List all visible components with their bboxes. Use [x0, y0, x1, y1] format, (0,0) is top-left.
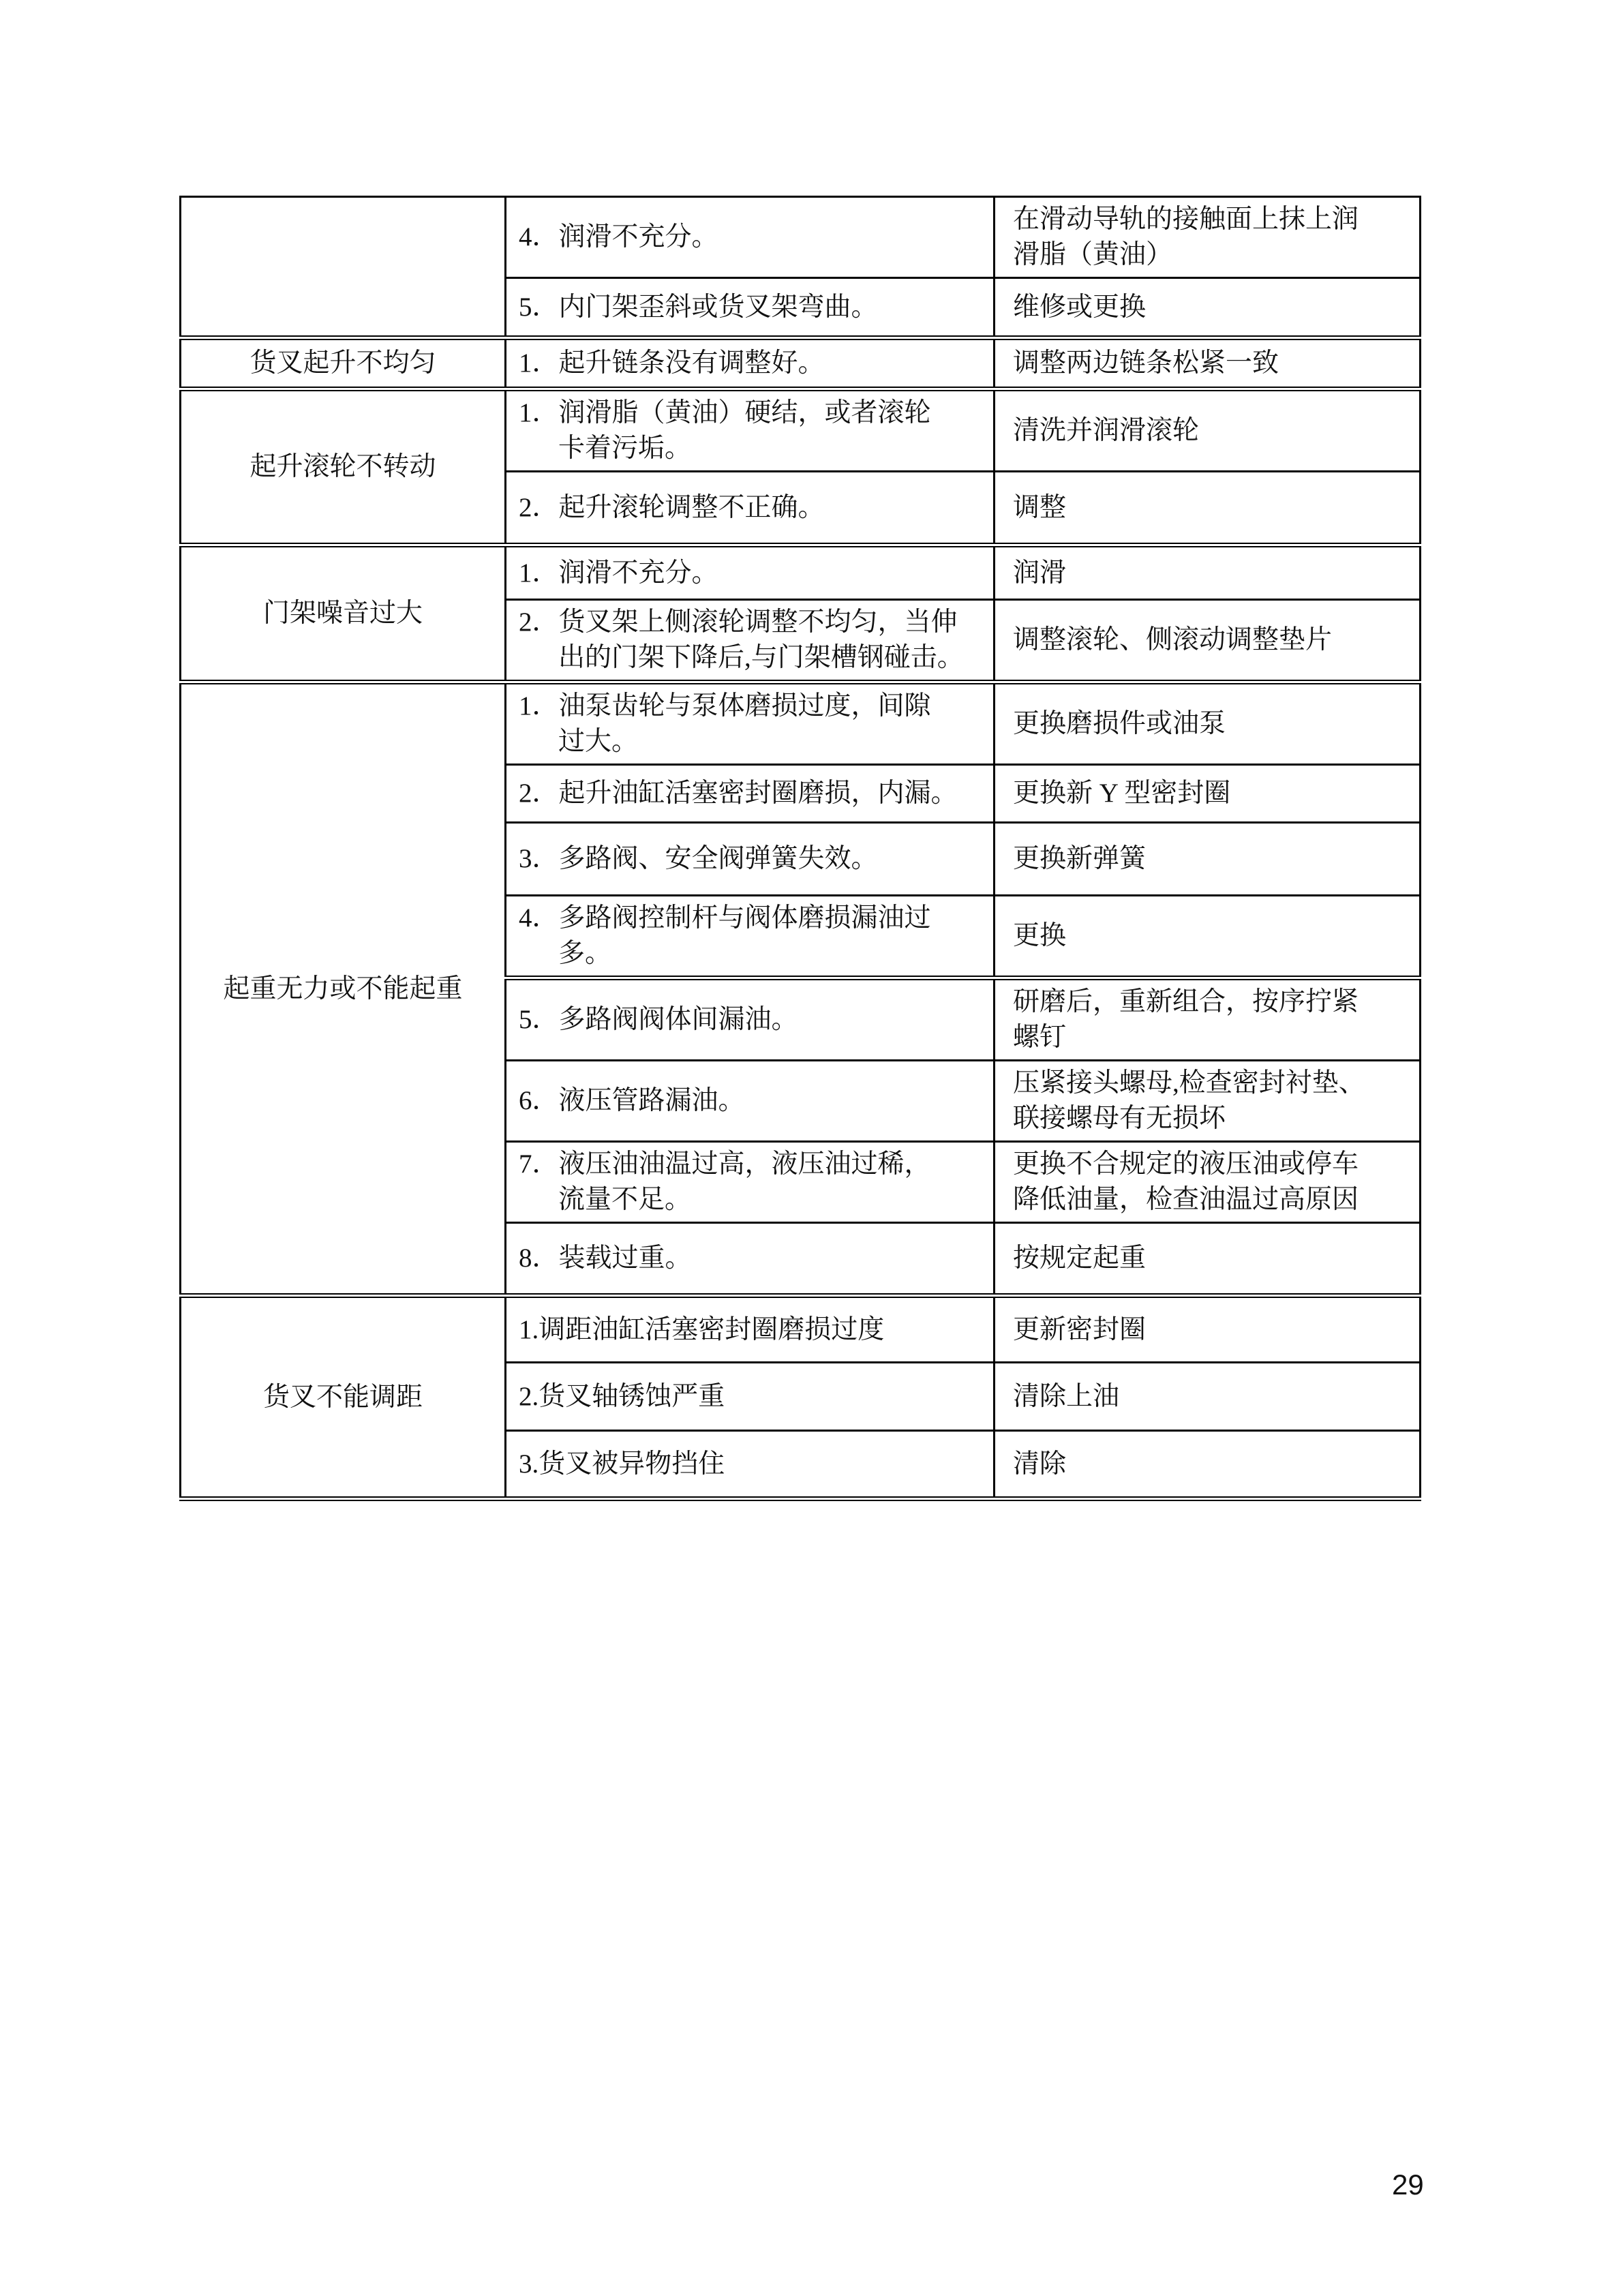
- remedy-cell: 调整: [995, 472, 1421, 545]
- remedy-cell: 调整滚轮、侧滚动调整垫片: [995, 600, 1421, 682]
- symptom-cell: 起升滚轮不转动: [181, 389, 506, 545]
- remedy-cell: 清洗并润滑滚轮: [995, 389, 1421, 472]
- symptom-cell: 货叉不能调距: [181, 1296, 506, 1499]
- cause-cell: 3．多路阀、安全阀弹簧失效。: [506, 823, 995, 896]
- remedy-cell: 更换不合规定的液压油或停车 降低油量，检查油温过高原因: [995, 1142, 1421, 1223]
- cause-cell: 8．装载过重。: [506, 1223, 995, 1296]
- remedy-cell: 在滑动导轨的接触面上抹上润 滑脂（黄油）: [995, 197, 1421, 278]
- page-number: 29: [1392, 2169, 1424, 2201]
- remedy-cell: 更换: [995, 896, 1421, 978]
- symptom-cell: [181, 197, 506, 338]
- remedy-cell: 调整两边链条松紧一致: [995, 338, 1421, 389]
- cause-cell: 1．润滑脂（黄油）硬结，或者滚轮 卡着污垢。: [506, 389, 995, 472]
- remedy-cell: 更新密封圈: [995, 1296, 1421, 1363]
- cause-cell: 1．油泵齿轮与泵体磨损过度，间隙 过大。: [506, 682, 995, 765]
- symptom-cell: 门架噪音过大: [181, 545, 506, 682]
- cause-cell: 2.货叉轴锈蚀严重: [506, 1363, 995, 1431]
- remedy-cell: 更换新 Y 型密封圈: [995, 765, 1421, 823]
- remedy-cell: 清除: [995, 1431, 1421, 1499]
- troubleshooting-table-body: 4．润滑不充分。在滑动导轨的接触面上抹上润 滑脂（黄油）5．内门架歪斜或货叉架弯…: [181, 197, 1421, 1499]
- cause-cell: 1．起升链条没有调整好。: [506, 338, 995, 389]
- cause-cell: 5．多路阀阀体间漏油。: [506, 978, 995, 1061]
- remedy-cell: 润滑: [995, 545, 1421, 600]
- cause-cell: 1.调距油缸活塞密封圈磨损过度: [506, 1296, 995, 1363]
- symptom-cell: 货叉起升不均匀: [181, 338, 506, 389]
- remedy-cell: 更换磨损件或油泵: [995, 682, 1421, 765]
- cause-cell: 2．货叉架上侧滚轮调整不均匀，当伸 出的门架下降后,与门架槽钢碰击。: [506, 600, 995, 682]
- troubleshooting-table: 4．润滑不充分。在滑动导轨的接触面上抹上润 滑脂（黄油）5．内门架歪斜或货叉架弯…: [179, 196, 1421, 1501]
- cause-cell: 3.货叉被异物挡住: [506, 1431, 995, 1499]
- cause-cell: 4．多路阀控制杆与阀体磨损漏油过多。: [506, 896, 995, 978]
- remedy-cell: 清除上油: [995, 1363, 1421, 1431]
- cause-cell: 6．液压管路漏油。: [506, 1061, 995, 1142]
- remedy-cell: 更换新弹簧: [995, 823, 1421, 896]
- cause-cell: 7．液压油油温过高，液压油过稀， 流量不足。: [506, 1142, 995, 1223]
- symptom-cell: 起重无力或不能起重: [181, 682, 506, 1296]
- remedy-cell: 压紧接头螺母,检查密封衬垫、 联接螺母有无损坏: [995, 1061, 1421, 1142]
- cause-cell: 4．润滑不充分。: [506, 197, 995, 278]
- cause-cell: 1．润滑不充分。: [506, 545, 995, 600]
- cause-cell: 2．起升滚轮调整不正确。: [506, 472, 995, 545]
- document-page: 4．润滑不充分。在滑动导轨的接触面上抹上润 滑脂（黄油）5．内门架歪斜或货叉架弯…: [0, 0, 1623, 2296]
- cause-cell: 2．起升油缸活塞密封圈磨损，内漏。: [506, 765, 995, 823]
- remedy-cell: 按规定起重: [995, 1223, 1421, 1296]
- cause-cell: 5．内门架歪斜或货叉架弯曲。: [506, 278, 995, 338]
- remedy-cell: 研磨后，重新组合，按序拧紧 螺钉: [995, 978, 1421, 1061]
- remedy-cell: 维修或更换: [995, 278, 1421, 338]
